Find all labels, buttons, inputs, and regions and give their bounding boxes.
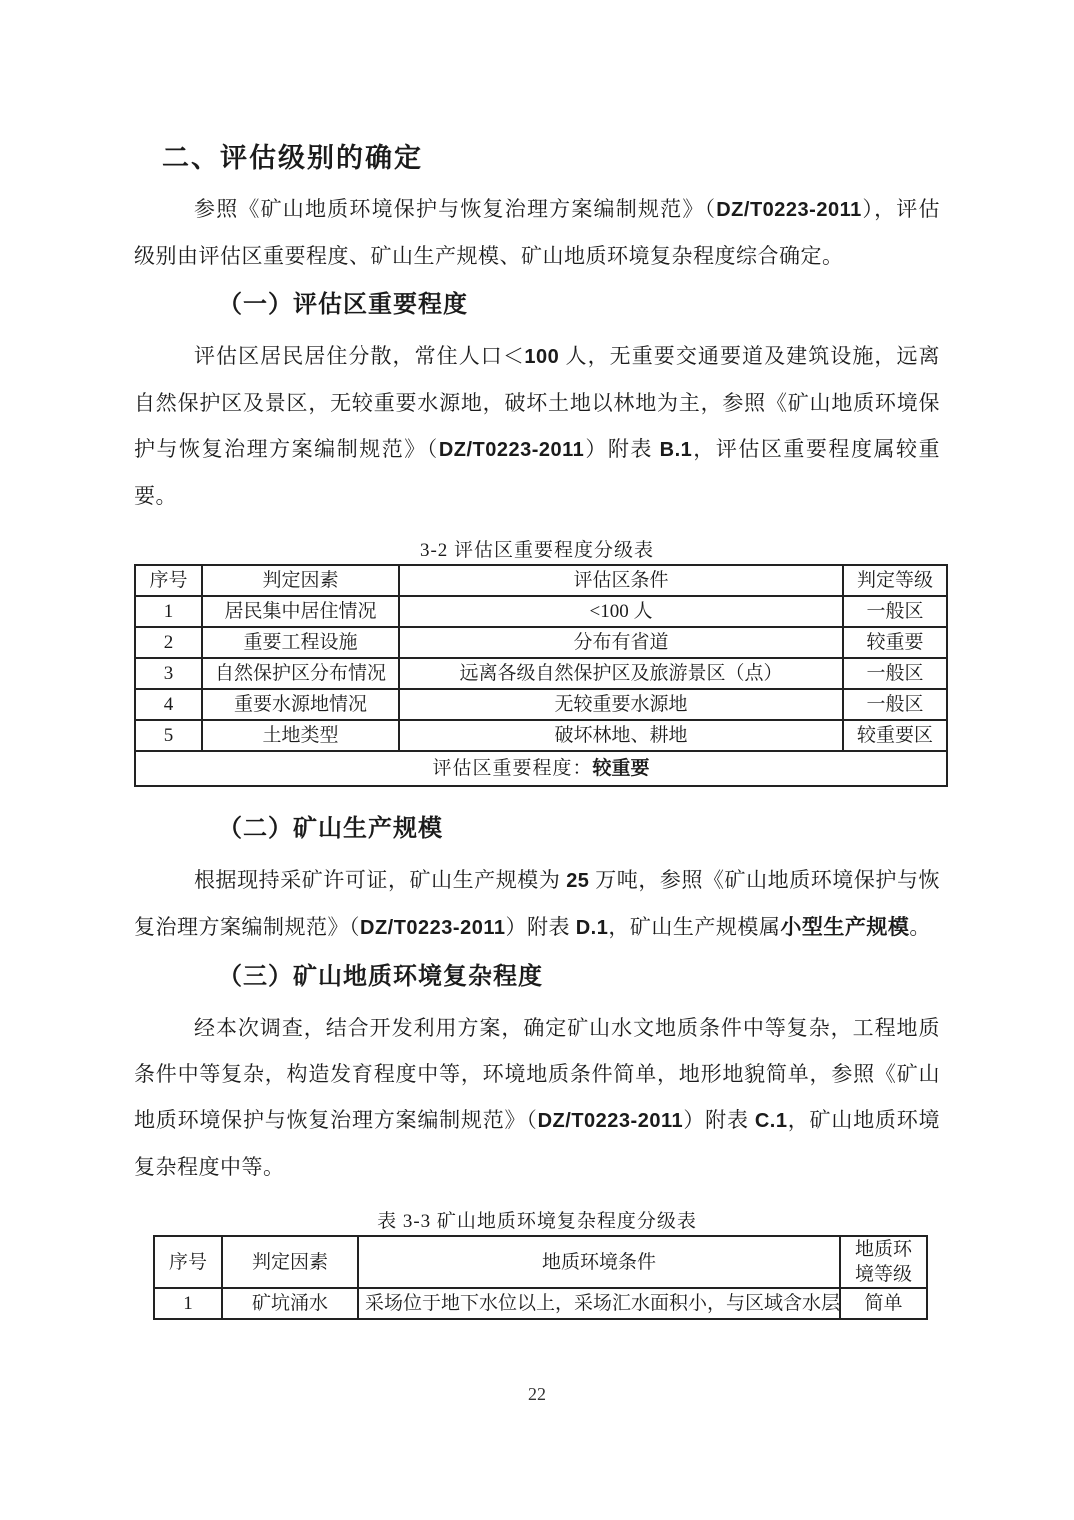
col-header-factor: 判定因素 xyxy=(222,1236,358,1288)
chapter-heading: 二、评估级别的确定 xyxy=(162,142,940,174)
cell-index: 2 xyxy=(135,627,202,658)
cell-index: 1 xyxy=(135,596,202,627)
intro-paragraph: 参照《矿山地质环境保护与恢复治理方案编制规范》（DZ/T0223-2011），评… xyxy=(134,186,940,279)
col-header-factor: 判定因素 xyxy=(202,565,399,596)
cell-condition: 采场位于地下水位以上，采场汇水面积小，与区域含水层、 xyxy=(358,1288,840,1319)
cell-index: 3 xyxy=(135,658,202,689)
table-summary-cell: 评估区重要程度：较重要 xyxy=(135,751,947,786)
table-row: 3 自然保护区分布情况 远离各级自然保护区及旅游景区（点） 一般区 xyxy=(135,658,947,689)
section-2-paragraph: 根据现持采矿许可证，矿山生产规模为 25 万吨，参照《矿山地质环境保护与恢复治理… xyxy=(134,857,940,951)
summary-value: 较重要 xyxy=(593,758,650,779)
cell-factor: 自然保护区分布情况 xyxy=(202,658,399,689)
cell-factor: 重要水源地情况 xyxy=(202,689,399,720)
table-row: 序号 判定因素 地质环境条件 地质环境等级 xyxy=(154,1236,927,1288)
section-2-heading: （二）矿山生产规模 xyxy=(218,813,940,845)
table-3-3-caption: 表 3-3 矿山地质环境复杂程度分级表 xyxy=(134,1206,940,1233)
cell-grade: 一般区 xyxy=(843,658,947,689)
table-row: 5 土地类型 破坏林地、耕地 较重要区 xyxy=(135,720,947,751)
section-3-heading: （三）矿山地质环境复杂程度 xyxy=(218,961,940,993)
table-row: 序号 判定因素 评估区条件 判定等级 xyxy=(135,565,947,596)
col-header-index: 序号 xyxy=(135,565,202,596)
cell-grade: 较重要区 xyxy=(843,720,947,751)
cell-factor: 居民集中居住情况 xyxy=(202,596,399,627)
document-page: 二、评估级别的确定 参照《矿山地质环境保护与恢复治理方案编制规范》（DZ/T02… xyxy=(0,0,1074,1520)
cell-grade: 较重要 xyxy=(843,627,947,658)
col-header-condition: 评估区条件 xyxy=(399,565,843,596)
cell-index: 5 xyxy=(135,720,202,751)
section-1-heading: （一）评估区重要程度 xyxy=(218,289,940,321)
table-3-2-caption: 3-2 评估区重要程度分级表 xyxy=(134,535,940,562)
table-3-2: 序号 判定因素 评估区条件 判定等级 1 居民集中居住情况 <100 人 一般区… xyxy=(134,564,948,787)
cell-condition: 破坏林地、耕地 xyxy=(399,720,843,751)
table-summary-row: 评估区重要程度：较重要 xyxy=(135,751,947,786)
col-header-condition: 地质环境条件 xyxy=(358,1236,840,1288)
page-number: 22 xyxy=(0,1384,1074,1405)
table-row: 1 矿坑涌水 采场位于地下水位以上，采场汇水面积小，与区域含水层、 简单 xyxy=(154,1288,927,1319)
summary-label: 评估区重要程度： xyxy=(432,758,592,779)
table-3-3: 序号 判定因素 地质环境条件 地质环境等级 1 矿坑涌水 采场位于地下水位以上，… xyxy=(153,1235,928,1320)
section-1-paragraph: 评估区居民居住分散，常住人口＜100 人，无重要交通要道及建筑设施，远离自然保护… xyxy=(134,333,940,519)
col-header-grade: 判定等级 xyxy=(843,565,947,596)
cell-condition: 分布有省道 xyxy=(399,627,843,658)
cell-index: 4 xyxy=(135,689,202,720)
cell-condition: 远离各级自然保护区及旅游景区（点） xyxy=(399,658,843,689)
cell-grade: 一般区 xyxy=(843,689,947,720)
cell-factor: 土地类型 xyxy=(202,720,399,751)
cell-condition: 无较重要水源地 xyxy=(399,689,843,720)
table-row: 4 重要水源地情况 无较重要水源地 一般区 xyxy=(135,689,947,720)
section-3-paragraph: 经本次调查，结合开发利用方案，确定矿山水文地质条件中等复杂，工程地质条件中等复杂… xyxy=(134,1005,940,1190)
table-row: 1 居民集中居住情况 <100 人 一般区 xyxy=(135,596,947,627)
cell-factor: 重要工程设施 xyxy=(202,627,399,658)
col-header-index: 序号 xyxy=(154,1236,222,1288)
cell-grade: 简单 xyxy=(840,1288,927,1319)
cell-grade: 一般区 xyxy=(843,596,947,627)
col-header-grade: 地质环境等级 xyxy=(840,1236,927,1288)
cell-condition: <100 人 xyxy=(399,596,843,627)
table-row: 2 重要工程设施 分布有省道 较重要 xyxy=(135,627,947,658)
cell-factor: 矿坑涌水 xyxy=(222,1288,358,1319)
cell-index: 1 xyxy=(154,1288,222,1319)
